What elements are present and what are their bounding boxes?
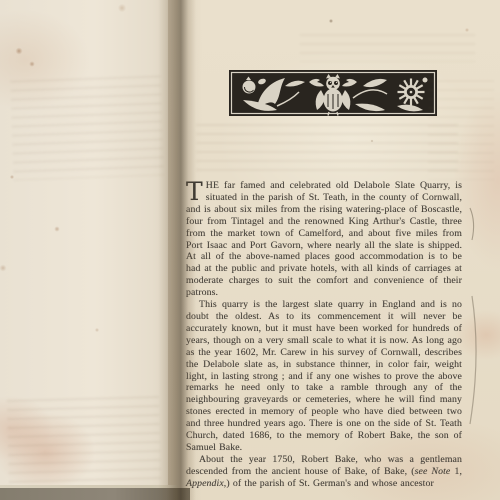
show-through-text: [428, 80, 494, 180]
open-book-photo: THE far famed and celebrated old Delabol…: [0, 0, 500, 500]
paragraph-3-text: 1,: [450, 466, 462, 477]
engraved-floral-headpiece-with-owl-birds-and-sunflower-icon: [229, 70, 437, 116]
paragraph-2: This quarry is the largest slate quarry …: [186, 299, 462, 454]
page-text: THE far famed and celebrated old Delabol…: [186, 180, 462, 490]
italic-citation: see Note: [415, 466, 451, 477]
paragraph-3-text: ,) of the parish of St. German's and who…: [224, 478, 434, 489]
italic-citation: Appendix: [186, 478, 224, 489]
paragraph-1: THE far famed and celebrated old Delabol…: [186, 180, 462, 299]
show-through-text: [196, 124, 458, 178]
facing-page: [0, 0, 172, 487]
paragraph-3: About the year 1750, Robert Bake, who wa…: [186, 454, 462, 490]
show-through-text: [300, 34, 475, 62]
drop-cap: T: [186, 180, 206, 202]
table-surface: [0, 488, 190, 500]
paragraph-1-text: HE far famed and celebrated old Delabole…: [186, 180, 462, 298]
book-page: THE far famed and celebrated old Delabol…: [168, 0, 500, 500]
